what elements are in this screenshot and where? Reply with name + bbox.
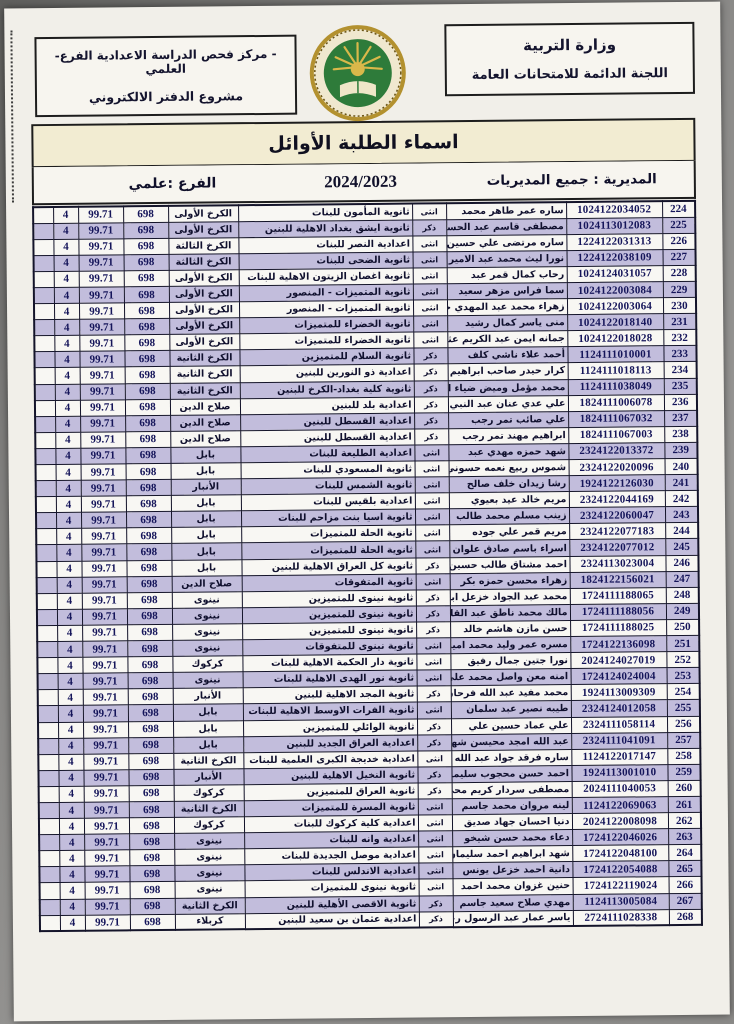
school-cell: اعدادية العراق الجديد للبنين [243, 735, 417, 753]
note-cell [37, 609, 57, 625]
school-cell: اعدادية بلد للبنين [240, 397, 414, 415]
gender-cell: ذكر [417, 686, 451, 702]
exam-number-cell: 2324124012058 [571, 700, 667, 717]
serial-cell: 258 [667, 748, 700, 764]
total-cell: 698 [129, 834, 174, 851]
subject-count-cell: 4 [59, 786, 84, 802]
subject-count-cell: 4 [56, 480, 81, 496]
gender-cell: انثى [412, 203, 446, 219]
subject-count-cell: 4 [58, 754, 83, 770]
gender-cell: ذكر [416, 622, 450, 638]
school-cell: اعدادية كلية كركوك للبنات [244, 815, 418, 833]
directorate-cell: نينوى [172, 608, 242, 625]
serial-cell: 243 [665, 507, 698, 523]
serial-cell: 262 [668, 812, 701, 828]
school-cell: ثانوية المتفوقات [242, 574, 416, 592]
total-cell: 698 [126, 463, 171, 480]
serial-cell: 230 [663, 297, 696, 313]
directorate-cell: الكرخ الأولى [169, 334, 239, 351]
average-cell: 99.71 [85, 898, 130, 915]
subject-count-cell: 4 [60, 883, 85, 899]
student-name-cell: شهد حمزه مهدي عبد [448, 443, 568, 460]
gender-cell: ذكر [419, 895, 453, 911]
school-cell: اعدادية خديجة الكبرى العلمية للبنات [243, 751, 417, 769]
school-cell: ثانوية الشمس للبنات [241, 477, 415, 495]
gender-cell: ذكر [419, 911, 453, 927]
subject-count-cell: 4 [56, 529, 81, 545]
total-cell: 698 [123, 206, 168, 223]
directorate-cell: صلاح الدين [172, 575, 242, 592]
student-name-cell: زهراء محسن حمزه بكر [450, 572, 570, 589]
exam-number-cell: 1724122046026 [572, 829, 668, 846]
student-name-cell: مالك محمد ناطق عبد القادر [450, 604, 570, 621]
directorate-cell: الكرخ الثانية [169, 350, 239, 367]
gender-cell: انثى [417, 750, 451, 766]
average-cell: 99.71 [81, 480, 126, 497]
total-cell: 698 [126, 544, 171, 561]
document-header: وزارة التربية اللجنة الدائمة للامتحانات … [30, 22, 695, 124]
exam-number-cell: 1024122018028 [567, 330, 663, 347]
serial-cell: 250 [666, 619, 699, 635]
exam-number-cell: 2324122020096 [569, 459, 665, 476]
subject-count-cell: 4 [60, 899, 85, 915]
average-cell: 99.71 [79, 271, 124, 288]
note-cell [35, 432, 55, 448]
student-name-cell: ساره فرقد جواد عبد الله [451, 749, 571, 766]
student-name-cell: رحاب كمال قمر عبد [447, 266, 567, 283]
directorate-cell: الكرخ الثالثة [168, 237, 238, 254]
note-cell [36, 513, 56, 529]
serial-cell: 248 [666, 587, 699, 603]
exam-number-cell: 1824122156021 [570, 571, 666, 588]
ministry-title: وزارة التربية [452, 35, 686, 55]
directorate-cell: الأنبار [171, 479, 241, 496]
subject-count-cell: 4 [58, 706, 83, 722]
gender-cell: انثى [413, 252, 447, 268]
student-name-cell: اسراء باسم صادق علوان [449, 540, 569, 557]
school-cell: اعدادية بلقيس للبنات [241, 493, 415, 511]
exam-number-cell: 1724122119024 [573, 877, 669, 894]
page-title: اسماء الطلبة الأوائل [268, 131, 458, 155]
school-cell: ثانوية السلام للمتميزين [239, 348, 413, 366]
subject-count-cell: 4 [59, 850, 84, 866]
school-cell: ثانوية الحلة للمتميزات [241, 525, 415, 543]
average-cell: 99.71 [84, 866, 129, 883]
scanned-document-page: وزارة التربية اللجنة الدائمة للامتحانات … [4, 2, 730, 1022]
gender-cell: انثى [418, 831, 452, 847]
note-cell [39, 867, 59, 883]
directorate-cell: بابل [173, 704, 243, 721]
directorate-cell: بابل [173, 736, 243, 753]
exam-number-cell: 1124111018113 [568, 362, 664, 379]
school-cell: ثانوية نينوى للمتميزين [242, 606, 416, 624]
gender-cell: انثى [415, 461, 449, 477]
exam-number-cell: 1724122054088 [572, 861, 668, 878]
exam-number-cell: 1724111188025 [570, 620, 666, 637]
note-cell [39, 835, 59, 851]
exam-number-cell: 2024122008098 [572, 813, 668, 830]
note-cell [34, 320, 54, 336]
student-name-cell: ساره مرتضى علي حسين [446, 234, 566, 251]
average-cell: 99.71 [85, 882, 130, 899]
electronic-register-project: مشروع الدفتر الالكتروني [43, 87, 289, 104]
subject-count-cell: 4 [54, 271, 79, 287]
total-cell: 698 [125, 415, 170, 432]
exam-number-cell: 1124113005084 [573, 893, 669, 910]
subject-count-cell: 4 [58, 770, 83, 786]
school-cell: ثانوية الحلة للمتميزات [241, 542, 415, 560]
serial-cell: 252 [666, 651, 699, 667]
directorate-cell: الكرخ الأولى [169, 270, 239, 287]
total-cell: 698 [125, 431, 170, 448]
note-cell [35, 448, 55, 464]
gender-cell: انثى [413, 300, 447, 316]
exam-number-cell: 2324122044169 [569, 491, 665, 508]
directorate-cell: بابل [171, 543, 241, 560]
serial-cell: 231 [663, 313, 696, 329]
student-name-cell: زينب مسلم محمد طالب [449, 508, 569, 525]
serial-cell: 249 [666, 603, 699, 619]
subject-count-cell: 4 [60, 915, 85, 931]
average-cell: 99.71 [83, 705, 128, 722]
serial-cell: 233 [663, 346, 696, 362]
directorate-cell: صلاح الدين [170, 414, 240, 431]
note-cell [38, 674, 58, 690]
total-cell: 698 [130, 914, 175, 931]
school-cell: ثانوية نينوى للمتميزين [242, 590, 416, 608]
average-cell: 99.71 [81, 528, 126, 545]
directorate-cell: نينوى [175, 881, 245, 898]
school-cell: ثانوية دار الحكمة الاهلية للبنات [242, 654, 416, 672]
note-cell [33, 207, 53, 223]
directorate-cell: الكرخ الثانية [175, 897, 245, 914]
note-cell [40, 899, 60, 915]
total-cell: 698 [124, 335, 169, 352]
student-name-cell: ابراهيم مهند تمر رجب [448, 427, 568, 444]
student-name-cell: مصطفى سردار كريم محي الدين [452, 781, 572, 798]
exam-number-cell: 1924122126030 [569, 475, 665, 492]
directorate-cell: كركوك [174, 785, 244, 802]
school-cell: ثانوية المسرة للمتميزات [244, 799, 418, 817]
directorate-cell: نينوى [174, 865, 244, 882]
info-row: المديرية : جميع المديريات 2024/2023 الفر… [32, 161, 696, 205]
student-name-cell: مهدي صلاح سعيد جاسم [453, 894, 573, 911]
note-cell [38, 770, 58, 786]
total-cell: 698 [127, 592, 172, 609]
school-cell: ثانوية كلية بغداد-الكرخ للبنين [240, 381, 414, 399]
subject-count-cell: 4 [56, 545, 81, 561]
total-cell: 698 [124, 254, 169, 271]
subject-count-cell: 4 [55, 448, 80, 464]
school-cell: اعدادية عثمان بن سعيد للبنين [245, 912, 419, 930]
serial-cell: 238 [664, 426, 697, 442]
total-cell: 698 [124, 270, 169, 287]
average-cell: 99.71 [82, 625, 127, 642]
directorate-cell: نينوى [174, 849, 244, 866]
exam-number-cell: 1924113009309 [571, 684, 667, 701]
school-cell: ثانوية المسعودي للبنات [241, 461, 415, 479]
school-cell: ثانوية الضحى للبنات [239, 252, 413, 270]
note-cell [37, 642, 57, 658]
note-cell [38, 754, 58, 770]
directorate-cell: نينوى [173, 672, 243, 689]
note-cell [37, 658, 57, 674]
subject-count-cell: 4 [58, 690, 83, 706]
average-cell: 99.71 [82, 593, 127, 610]
gender-cell: انثى [418, 799, 452, 815]
student-name-cell: أحمد علاء ناشي كلف [447, 347, 567, 364]
student-name-cell: منى ياسر كمال رشيد [447, 315, 567, 332]
gender-cell: ذكر [417, 766, 451, 782]
school-cell: اعدادية القسطل للبنين [240, 429, 414, 447]
serial-cell: 239 [664, 442, 697, 458]
student-name-cell: حنين غزوان محمد احمد [453, 878, 573, 895]
gender-cell: ذكر [412, 219, 446, 235]
exam-number-cell: 1724122136098 [570, 636, 666, 653]
average-cell: 99.71 [83, 721, 128, 738]
serial-cell: 263 [668, 828, 701, 844]
note-cell [38, 738, 58, 754]
student-name-cell: رشا زيدان خلف صالح [449, 476, 569, 493]
directorate-cell: بابل [171, 463, 241, 480]
directorate-cell: الكرخ الأولى [169, 318, 239, 335]
average-cell: 99.71 [81, 496, 126, 513]
school-cell: ثانوية الخضراء للمتميزات [239, 316, 413, 334]
gender-cell: انثى [418, 815, 452, 831]
serial-cell: 264 [668, 845, 701, 861]
note-cell [36, 481, 56, 497]
gender-cell: ذكر [416, 589, 450, 605]
subject-count-cell: 4 [54, 352, 79, 368]
school-cell: ثانوية النخيل الاهلية للبنين [243, 767, 417, 785]
subject-count-cell: 4 [58, 738, 83, 754]
school-cell: ثانوية كل العراق الاهلية للبنين [241, 558, 415, 576]
serial-cell: 256 [667, 716, 700, 732]
serial-cell: 224 [662, 201, 695, 217]
exam-number-cell: 1024122034052 [566, 201, 662, 218]
exam-number-cell: 1124111010001 [567, 346, 663, 363]
gender-cell: انثى [419, 879, 453, 895]
subject-count-cell: 4 [55, 432, 80, 448]
subject-count-cell: 4 [57, 593, 82, 609]
student-name-cell: مريم خالد عيد بعيوي [449, 492, 569, 509]
note-cell [34, 255, 54, 271]
directorate-cell: نينوى [172, 591, 242, 608]
total-cell: 698 [124, 286, 169, 303]
subject-count-cell: 4 [57, 625, 82, 641]
average-cell: 99.71 [82, 576, 127, 593]
exam-number-cell: 1724124024004 [571, 668, 667, 685]
total-cell: 698 [127, 576, 172, 593]
total-cell: 698 [123, 222, 168, 239]
top-students-table: 2241024122034052ساره عمر طاهر محمدانثىثا… [32, 200, 703, 933]
note-cell [34, 336, 54, 352]
branch-field: الفرع :علمي [73, 175, 271, 193]
student-name-cell: علي عماد حسين علي [451, 717, 571, 734]
gender-cell: انثى [417, 670, 451, 686]
note-cell [36, 561, 56, 577]
directorate-cell: كركوك [174, 817, 244, 834]
gender-cell: ذكر [413, 348, 447, 364]
school-cell: ثانوية الاقصى الأهلية للبنين [245, 896, 419, 914]
student-name-cell: مصطفى قاسم عبد الحسين عباس [446, 218, 566, 235]
note-cell [37, 577, 57, 593]
serial-cell: 268 [669, 909, 702, 925]
subject-count-cell: 4 [53, 223, 78, 239]
directorate-cell: الكرخ الثالثة [169, 254, 239, 271]
directorate-cell: الكرخ الثانية [173, 752, 243, 769]
subject-count-cell: 4 [53, 207, 78, 223]
school-cell: ثانوية المجد الاهلية للبنين [243, 686, 417, 704]
subject-count-cell: 4 [53, 239, 78, 255]
exam-number-cell: 2324122013372 [568, 443, 664, 460]
serial-cell: 235 [664, 378, 697, 394]
note-cell [34, 352, 54, 368]
total-cell: 698 [123, 238, 168, 255]
gender-cell: ذكر [414, 412, 448, 428]
subject-count-cell: 4 [54, 287, 79, 303]
serial-cell: 254 [667, 684, 700, 700]
directorate-cell: بابل [171, 511, 241, 528]
student-name-cell: عبد الله امجد محيسن شهد [451, 733, 571, 750]
gender-cell: ذكر [416, 606, 450, 622]
subject-count-cell: 4 [57, 657, 82, 673]
school-cell: اعدادية الاندلس للبنات [244, 863, 418, 881]
serial-cell: 229 [663, 281, 696, 297]
exam-number-cell: 1124122017147 [571, 748, 667, 765]
student-name-cell: محمد مفيد عبد الله فرحان [451, 685, 571, 702]
student-name-cell: دانية احمد خزعل يونس [452, 862, 572, 879]
total-cell: 698 [130, 898, 175, 915]
school-cell: اعدادية وانه للبنات [244, 831, 418, 849]
exam-number-cell: 1124111038049 [568, 378, 664, 395]
directorate-field: المديرية : جميع المديريات [450, 171, 694, 189]
total-cell: 698 [127, 640, 172, 657]
note-cell [36, 464, 56, 480]
note-cell [34, 271, 54, 287]
directorate-cell: الكرخ الأولى [168, 205, 238, 222]
serial-cell: 259 [667, 764, 700, 780]
directorate-cell: كربلاء [175, 913, 245, 930]
exam-number-cell: 2024111040053 [572, 781, 668, 798]
average-cell: 99.71 [84, 786, 129, 803]
exam-number-cell: 1024122003084 [567, 282, 663, 299]
subject-count-cell: 4 [54, 319, 79, 335]
serial-cell: 226 [662, 233, 695, 249]
total-cell: 698 [128, 737, 173, 754]
average-cell: 99.71 [83, 753, 128, 770]
gender-cell: ذكر [418, 783, 452, 799]
note-cell [35, 384, 55, 400]
school-cell: اعدادية النصر للبنات [238, 236, 412, 254]
subject-count-cell: 4 [56, 513, 81, 529]
serial-cell: 236 [664, 394, 697, 410]
gender-cell: ذكر [414, 364, 448, 380]
gender-cell: انثى [413, 268, 447, 284]
school-cell: ثانوية نينوى للمتميزات [245, 879, 419, 897]
subject-count-cell: 4 [56, 464, 81, 480]
average-cell: 99.71 [82, 641, 127, 658]
serial-cell: 246 [665, 555, 698, 571]
gender-cell: انثى [416, 654, 450, 670]
exam-number-cell: 1124122069063 [572, 797, 668, 814]
directorate-cell: بابل [171, 527, 241, 544]
gender-cell: انثى [416, 638, 450, 654]
exam-number-cell: 1824111067003 [568, 426, 664, 443]
serial-cell: 228 [663, 265, 696, 281]
student-name-cell: كرار حيدر صاحب ابراهيم [448, 363, 568, 380]
note-cell [37, 593, 57, 609]
subject-count-cell: 4 [57, 609, 82, 625]
scanning-center-title: - مركز فحص الدراسة الاعدادية الفرع- العل… [43, 47, 289, 77]
exam-number-cell: 1724111188056 [570, 603, 666, 620]
student-name-cell: احمد حسن محجوب سليمان [451, 765, 571, 782]
serial-cell: 266 [669, 877, 702, 893]
directorate-cell: الأنبار [173, 688, 243, 705]
average-cell: 99.71 [78, 239, 123, 256]
exam-number-cell: 2324122077183 [569, 523, 665, 540]
note-cell [37, 625, 57, 641]
total-cell: 698 [128, 689, 173, 706]
student-name-cell: ساره عمر طاهر محمد [446, 202, 566, 219]
note-cell [38, 706, 58, 722]
directorate-cell: بابل [171, 559, 241, 576]
student-name-cell: محمد عبد الجواد خزعل ابراهيم [450, 588, 570, 605]
subject-count-cell: 4 [56, 561, 81, 577]
note-cell [34, 304, 54, 320]
note-cell [40, 883, 60, 899]
examinations-committee-title: اللجنة الدائمة للامتحانات العامة [453, 66, 687, 83]
school-cell: ثانوية المأمون للبنات [238, 204, 412, 222]
average-cell: 99.71 [81, 464, 126, 481]
school-cell: اعدادية الطليعة للبنات [240, 445, 414, 463]
subject-count-cell: 4 [59, 818, 84, 834]
total-cell: 698 [129, 850, 174, 867]
gender-cell: انثى [413, 332, 447, 348]
note-cell [38, 690, 58, 706]
gender-cell: ذكر [414, 380, 448, 396]
average-cell: 99.71 [83, 770, 128, 787]
ministry-header-box: وزارة التربية اللجنة الدائمة للامتحانات … [444, 22, 695, 96]
serial-cell: 242 [665, 491, 698, 507]
student-name-cell: شموس ربيع نعمه حسوني [449, 460, 569, 477]
directorate-cell: بابل [171, 495, 241, 512]
student-name-cell: طيبه نصير عبد سلمان [451, 701, 571, 718]
total-cell: 698 [128, 705, 173, 722]
directorate-cell: الكرخ الأولى [168, 221, 238, 238]
directorate-cell: الكرخ الأولى [169, 286, 239, 303]
scanning-center-header-box: - مركز فحص الدراسة الاعدادية الفرع- العل… [34, 35, 297, 118]
total-cell: 698 [126, 479, 171, 496]
note-cell [39, 851, 59, 867]
average-cell: 99.71 [81, 544, 126, 561]
school-cell: اعدادية القسطل للبنين [240, 413, 414, 431]
average-cell: 99.71 [80, 383, 125, 400]
subject-count-cell: 4 [58, 673, 83, 689]
total-cell: 698 [126, 528, 171, 545]
serial-cell: 265 [668, 861, 701, 877]
student-name-cell: علي عدي عنان عبد النبي [448, 395, 568, 412]
student-name-cell: شهد ابراهيم احمد سليمان [452, 846, 572, 863]
average-cell: 99.71 [80, 416, 125, 433]
average-cell: 99.71 [79, 255, 124, 272]
exam-number-cell: 2324111041091 [571, 732, 667, 749]
gender-cell: ذكر [414, 396, 448, 412]
note-cell [36, 529, 56, 545]
title-band: اسماء الطلبة الأوائل [31, 118, 695, 167]
total-cell: 698 [125, 399, 170, 416]
average-cell: 99.71 [79, 319, 124, 336]
